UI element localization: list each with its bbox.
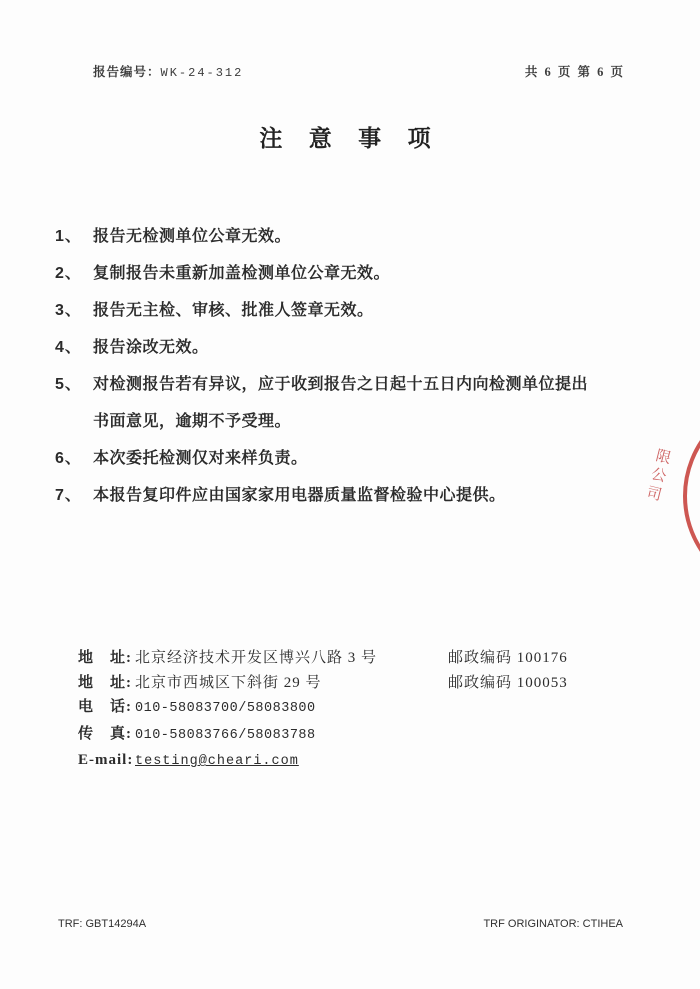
address-value: 北京市西城区下斜街 29 号 <box>135 671 448 696</box>
report-number-value: WK-24-312 <box>161 66 244 80</box>
contact-row-fax: 传 真: 010-58083766/58083788 <box>78 722 638 749</box>
notice-text: 报告涂改无效。 <box>93 329 617 366</box>
contact-row-email: E-mail: testing@cheari.com <box>78 748 638 775</box>
phone-value: 010-58083700/58083800 <box>135 697 448 722</box>
notice-number: 7、 <box>55 477 93 514</box>
postal-code: 邮政编码 100053 <box>448 671 638 696</box>
email-value: testing@cheari.com <box>135 750 448 775</box>
report-number: 报告编号：WK-24-312 <box>93 62 243 80</box>
contact-label: 传 真: <box>78 722 135 747</box>
notice-number: 2、 <box>55 255 93 292</box>
fax-value: 010-58083766/58083788 <box>135 724 448 749</box>
contact-label: 地 址: <box>78 671 135 696</box>
notice-item: 1、 报告无检测单位公章无效。 <box>55 218 617 255</box>
postal-code: 邮政编码 100176 <box>448 646 638 671</box>
contact-row-address-1: 地 址: 北京经济技术开发区博兴八路 3 号 邮政编码 100176 <box>78 646 638 671</box>
notice-number: 5、 <box>55 366 93 403</box>
page-footer: TRF: GBT14294A TRF ORIGINATOR: CTIHEA <box>58 918 623 930</box>
notice-item: 2、 复制报告未重新加盖检测单位公章无效。 <box>55 255 617 292</box>
notice-number: 6、 <box>55 440 93 477</box>
report-page: 报告编号：WK-24-312 共 6 页 第 6 页 注 意 事 项 1、 报告… <box>0 0 700 989</box>
footer-trf: TRF: GBT14294A <box>58 918 146 930</box>
notice-number: 3、 <box>55 292 93 329</box>
footer-trf-originator: TRF ORIGINATOR: CTIHEA <box>483 918 623 930</box>
contact-label: 电 话: <box>78 695 135 720</box>
notice-item: 7、 本报告复印件应由国家家用电器质量监督检验中心提供。 <box>55 477 617 514</box>
contact-label: E-mail: <box>78 748 135 773</box>
red-seal-stamp-arc <box>683 396 700 596</box>
notice-item: 3、 报告无主检、审核、批准人签章无效。 <box>55 292 617 329</box>
page-title: 注 意 事 项 <box>0 120 700 153</box>
contact-row-phone: 电 话: 010-58083700/58083800 <box>78 695 638 722</box>
notice-item: 6、 本次委托检测仅对来样负责。 <box>55 440 617 477</box>
notice-text: 复制报告未重新加盖检测单位公章无效。 <box>93 255 617 292</box>
notice-text: 报告无主检、审核、批准人签章无效。 <box>93 292 617 329</box>
notices-list: 1、 报告无检测单位公章无效。 2、 复制报告未重新加盖检测单位公章无效。 3、… <box>55 218 617 514</box>
contact-block: 地 址: 北京经济技术开发区博兴八路 3 号 邮政编码 100176 地 址: … <box>78 646 638 775</box>
notice-number: 4、 <box>55 329 93 366</box>
notice-text-line1: 对检测报告若有异议，应于收到报告之日起十五日内向检测单位提出 <box>93 366 617 403</box>
notice-item: 5、 对检测报告若有异议，应于收到报告之日起十五日内向检测单位提出 书面意见，逾… <box>55 366 617 440</box>
notice-text-line2: 书面意见，逾期不予受理。 <box>93 403 617 440</box>
notice-text: 报告无检测单位公章无效。 <box>93 218 617 255</box>
page-header: 报告编号：WK-24-312 共 6 页 第 6 页 <box>93 62 625 80</box>
notice-item: 4、 报告涂改无效。 <box>55 329 617 366</box>
notice-text: 本报告复印件应由国家家用电器质量监督检验中心提供。 <box>93 477 617 514</box>
notice-number: 1、 <box>55 218 93 255</box>
contact-label: 地 址: <box>78 646 135 671</box>
page-count: 共 6 页 第 6 页 <box>525 62 625 80</box>
contact-row-address-2: 地 址: 北京市西城区下斜街 29 号 邮政编码 100053 <box>78 671 638 696</box>
address-value: 北京经济技术开发区博兴八路 3 号 <box>135 646 448 671</box>
red-seal-stamp-text: 限公司 <box>643 447 674 507</box>
notice-text: 本次委托检测仅对来样负责。 <box>93 440 617 477</box>
notice-text: 对检测报告若有异议，应于收到报告之日起十五日内向检测单位提出 书面意见，逾期不予… <box>93 366 617 440</box>
report-number-label: 报告编号： <box>93 65 161 79</box>
